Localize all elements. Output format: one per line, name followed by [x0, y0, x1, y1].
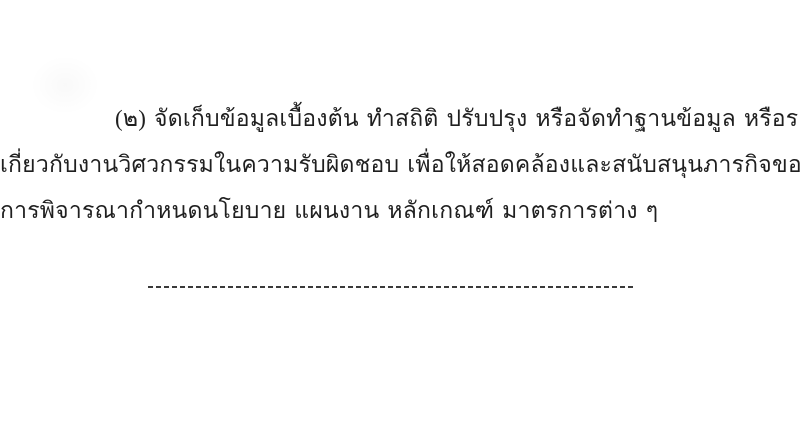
document-page: (๒) จัดเก็บข้อมูลเบื้องต้น ทำสถิติ ปรับป… [0, 0, 800, 430]
paragraph-line-2: เกี่ยวกับงานวิศวกรรมในความรับผิดชอบ เพื่… [0, 142, 800, 188]
paragraph: (๒) จัดเก็บข้อมูลเบื้องต้น ทำสถิติ ปรับป… [0, 96, 800, 234]
paragraph-line-3: การพิจารณากำหนดนโยบาย แผนงาน หลักเกณฑ์ ม… [0, 188, 800, 234]
paragraph-line-1: (๒) จัดเก็บข้อมูลเบื้องต้น ทำสถิติ ปรับป… [0, 96, 800, 142]
dashed-separator-line [148, 285, 634, 288]
